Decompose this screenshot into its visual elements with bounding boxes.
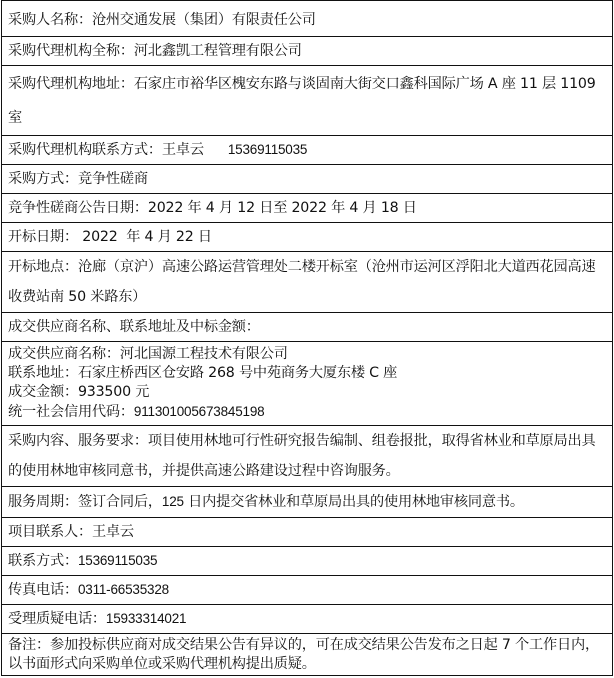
notice-period-row: 竞争性磋商公告日期：2022 年 4 月 12 日至 2022 年 4 月 18… (2, 194, 613, 223)
method-label: 采购方式： (8, 171, 78, 187)
project-contact-label: 项目联系人： (8, 524, 92, 540)
agency-name-label: 采购代理机构全称： (8, 43, 134, 59)
agency-contact-phone: 15369115035 (228, 142, 307, 157)
service-period-row: 服务周期：签订合同后，125 日内提交省林业和草原局出具的使用林地审核同意书。 (2, 487, 613, 518)
agency-contact-label: 采购代理机构联系方式： (8, 142, 162, 158)
method-value: 竞争性磋商 (78, 171, 148, 187)
winner-name-label: 成交供应商名称： (8, 346, 120, 362)
agency-contact-row: 采购代理机构联系方式：王卓云15369115035 (2, 136, 613, 165)
fax-value: 0311-66535328 (78, 582, 169, 597)
winner-name-line: 成交供应商名称：河北国源工程技术有限公司 (8, 345, 612, 364)
winner-credit-code: 911301005673845198 (134, 404, 265, 419)
fax-label: 传真电话： (8, 582, 78, 598)
winner-credit-label: 统一社会信用代码： (8, 404, 134, 420)
complaint-phone-label: 受理质疑电话： (8, 611, 106, 627)
agency-name-value: 河北鑫凯工程管理有限公司 (134, 43, 302, 59)
winner-amount-label: 成交金额： (8, 384, 78, 400)
fax-row: 传真电话：0311-66535328 (2, 576, 613, 605)
award-announcement-table: 采购人名称：沧州交通发展（集团）有限责任公司 采购代理机构全称：河北鑫凯工程管理… (1, 0, 613, 676)
agency-address-row: 采购代理机构地址：石家庄市裕华区槐安东路与谈固南大街交口鑫科国际广场 A 座 1… (2, 66, 613, 136)
purchaser-row: 采购人名称：沧州交通发展（集团）有限责任公司 (2, 1, 613, 37)
winner-address: 石家庄桥西区仓安路 268 号中苑商务大厦东楼 C 座 (78, 365, 397, 381)
service-period-pre: 签订合同后， (78, 494, 162, 510)
method-row: 采购方式：竞争性磋商 (2, 165, 613, 194)
agency-address-label: 采购代理机构地址： (8, 76, 134, 92)
remark-row: 备注：参加投标供应商对成交结果公告有异议的，可在成交结果公告发布之日起 7 个工… (2, 634, 613, 676)
project-contact-value: 王卓云 (92, 524, 134, 540)
remark-label: 备注： (8, 637, 50, 653)
opening-place-value: 沧廊（京沪）高速公路运营管理处二楼开标室（沧州市运河区浮阳北大道西花园高速收费站… (8, 259, 596, 305)
agency-contact-person: 王卓云 (162, 142, 204, 158)
opening-place-row: 开标地点：沧廊（京沪）高速公路运营管理处二楼开标室（沧州市运河区浮阳北大道西花园… (2, 252, 613, 313)
contact-phone-value: 15369115035 (78, 553, 157, 568)
contact-phone-label: 联系方式： (8, 553, 78, 569)
purchaser-value: 沧州交通发展（集团）有限责任公司 (92, 12, 316, 28)
notice-period-value: 2022 年 4 月 12 日至 2022 年 4 月 18 日 (148, 200, 417, 216)
service-period-days: 125 (162, 494, 184, 509)
content-row: 采购内容、服务要求：项目使用林地可行性研究报告编制、组卷报批，取得省林业和草原局… (2, 426, 613, 487)
content-label: 采购内容、服务要求： (8, 433, 148, 449)
service-period-label: 服务周期： (8, 494, 78, 510)
opening-date-value: 2022 年 4 月 22 日 (78, 229, 212, 245)
winner-details-row: 成交供应商名称：河北国源工程技术有限公司 联系地址：石家庄桥西区仓安路 268 … (2, 342, 613, 426)
winner-address-line: 联系地址：石家庄桥西区仓安路 268 号中苑商务大厦东楼 C 座 (8, 364, 612, 383)
contact-phone-row: 联系方式：15369115035 (2, 547, 613, 576)
winner-amount-line: 成交金额：933500 元 (8, 383, 612, 402)
remark-value: 参加投标供应商对成交结果公告有异议的，可在成交结果公告发布之日起 7 个工作日内… (8, 637, 599, 672)
project-contact-row: 项目联系人：王卓云 (2, 518, 613, 547)
complaint-phone-row: 受理质疑电话：15933314021 (2, 605, 613, 634)
winner-credit-line: 统一社会信用代码：911301005673845198 (8, 402, 612, 422)
winner-name: 河北国源工程技术有限公司 (120, 346, 288, 362)
opening-place-label: 开标地点： (8, 259, 78, 275)
agency-name-row: 采购代理机构全称：河北鑫凯工程管理有限公司 (2, 37, 613, 66)
opening-date-label: 开标日期： (8, 229, 78, 245)
opening-date-row: 开标日期： 2022 年 4 月 22 日 (2, 223, 613, 252)
service-period-post: 日内提交省林业和草原局出具的使用林地审核同意书。 (184, 494, 524, 510)
complaint-phone-value: 15933314021 (106, 611, 186, 626)
purchaser-label: 采购人名称： (8, 12, 92, 28)
winner-header-label: 成交供应商名称、联系地址及中标金额： (8, 319, 260, 335)
winner-amount: 933500 元 (78, 384, 149, 400)
winner-address-label: 联系地址： (8, 365, 78, 381)
notice-period-label: 竞争性磋商公告日期： (8, 200, 148, 216)
winner-header-row: 成交供应商名称、联系地址及中标金额： (2, 313, 613, 342)
